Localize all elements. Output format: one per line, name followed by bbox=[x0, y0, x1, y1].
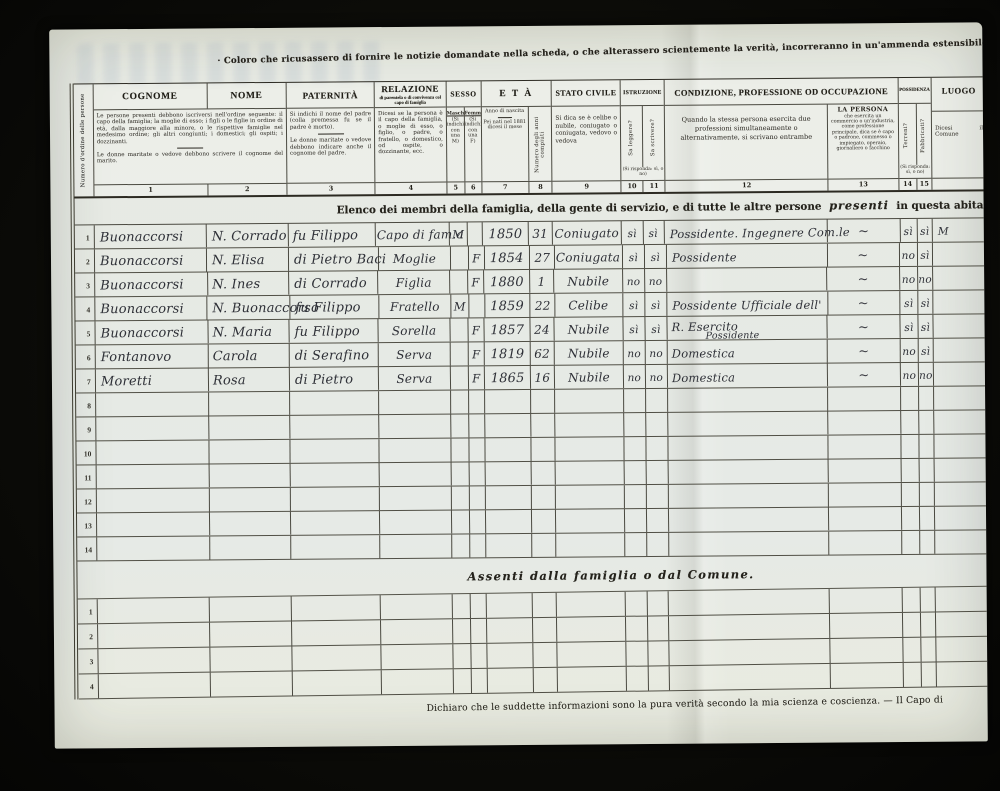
cell-scrive bbox=[646, 389, 668, 412]
cell-anno bbox=[487, 643, 534, 668]
cell-paternita: fu Filippo bbox=[290, 295, 379, 318]
cell-nome: N. Ines bbox=[207, 272, 289, 296]
cell-terreni: no bbox=[901, 339, 919, 362]
cell-scrive bbox=[648, 641, 670, 665]
cell-stato bbox=[557, 617, 626, 642]
cell-legge: no bbox=[623, 269, 645, 292]
cell-terreni bbox=[902, 459, 920, 482]
istruzione-header: ISTRUZIONE bbox=[621, 80, 664, 105]
cell-luogo bbox=[934, 386, 988, 409]
cell-terreni: no bbox=[900, 243, 918, 266]
cell-mark bbox=[828, 387, 901, 410]
cell-paternita: di Corrado bbox=[289, 271, 378, 295]
cell-terreni bbox=[903, 588, 921, 612]
col-group-condizione: CONDIZIONE, PROFESSIONE OD OCCUPAZIONE Q… bbox=[665, 78, 899, 192]
anno-note-2: Pei nati nel 1881 dicesi il mese bbox=[483, 119, 526, 131]
cell-relazione: Serva bbox=[379, 343, 451, 366]
cell-paternita bbox=[290, 391, 379, 414]
cell-cond bbox=[668, 459, 829, 484]
cell-n: 13 bbox=[77, 513, 97, 536]
cell-paternita bbox=[290, 415, 379, 439]
cell-luogo bbox=[936, 612, 988, 637]
cell-cond bbox=[668, 436, 829, 460]
cell-anni bbox=[532, 510, 556, 533]
cell-cond: Domestica bbox=[667, 363, 828, 388]
cell-stato bbox=[555, 389, 624, 412]
cell-anni bbox=[532, 462, 556, 485]
cell-cognome: Buonaccorsi bbox=[95, 249, 207, 273]
cell-mark: ∼ bbox=[828, 315, 901, 339]
cell-anno: 1880 bbox=[484, 270, 531, 294]
condizione-header: CONDIZIONE, PROFESSIONE OD OCCUPAZIONE bbox=[665, 78, 898, 105]
cell-mark: ∼ bbox=[828, 339, 901, 362]
cell-stato: Nubile bbox=[554, 341, 623, 364]
cell-legge bbox=[624, 437, 646, 460]
cell-scrive: sì bbox=[645, 293, 667, 316]
note-divider bbox=[318, 134, 344, 135]
cell-anni: 1 bbox=[530, 270, 554, 293]
cell-f: F bbox=[469, 366, 485, 389]
cell-m bbox=[453, 594, 471, 618]
cell-nome bbox=[209, 464, 291, 488]
cell-n: 4 bbox=[79, 674, 99, 698]
possidenza-header: POSSIDENZA bbox=[898, 78, 931, 103]
col-group-possidenza: POSSIDENZA Terreni? Fabbricati? (Si risp… bbox=[898, 78, 932, 190]
cell-anno bbox=[486, 534, 532, 557]
cell-scrive bbox=[646, 485, 668, 508]
cell-terreni: sì bbox=[901, 291, 919, 314]
cognome-note2-text: Le donne maritate o vedove debbono scriv… bbox=[97, 151, 283, 165]
cell-legge: sì bbox=[624, 293, 646, 316]
cell-anni bbox=[533, 643, 557, 667]
cell-stato bbox=[557, 667, 626, 692]
cell-cognome: Buonaccorsi bbox=[94, 224, 206, 248]
cell-paternita bbox=[291, 511, 380, 535]
sa-leggere-label: Sa leggere? bbox=[629, 120, 635, 156]
cell-f bbox=[472, 669, 488, 693]
cell-luogo: M bbox=[933, 218, 987, 242]
cell-scrive bbox=[648, 616, 670, 640]
cell-f bbox=[470, 534, 486, 557]
cell-scrive: sì bbox=[645, 245, 667, 268]
cell-n: 14 bbox=[77, 537, 97, 560]
cell-scrive bbox=[647, 533, 669, 556]
cell-m: M bbox=[451, 294, 469, 317]
cell-nome bbox=[211, 671, 293, 696]
maschi-subheader: Maschi (Si indichi con una M) bbox=[447, 107, 466, 181]
cell-m bbox=[451, 414, 469, 437]
cell-anni: 31 bbox=[529, 222, 553, 245]
cell-luogo bbox=[933, 314, 988, 338]
cell-terreni: no bbox=[900, 267, 918, 290]
terreni-label: Terreni? bbox=[904, 123, 910, 148]
cell-nome bbox=[210, 621, 292, 646]
cell-luogo bbox=[934, 458, 988, 482]
cell-luogo bbox=[933, 242, 987, 265]
cell-n: 2 bbox=[78, 624, 98, 648]
cell-relazione bbox=[379, 391, 451, 414]
cell-scrive bbox=[648, 666, 670, 690]
cell-luogo bbox=[935, 506, 988, 530]
cell-scrive bbox=[646, 461, 668, 484]
cell-f bbox=[471, 619, 487, 643]
cell-stato bbox=[556, 509, 625, 533]
cell-luogo bbox=[933, 338, 987, 361]
table-header-row: Numero d'ordine delle persone COGNOME NO… bbox=[74, 76, 987, 198]
cell-m bbox=[451, 246, 469, 269]
cell-paternita: di Serafino bbox=[290, 343, 379, 366]
cell-legge bbox=[625, 592, 647, 616]
cell-f: F bbox=[468, 270, 484, 293]
sa-scrivere-subheader: Sa scrivere? bbox=[643, 106, 665, 168]
cell-fabbricati bbox=[920, 587, 935, 611]
cell-relazione bbox=[379, 414, 451, 438]
cell-paternita: di Pietro bbox=[290, 367, 379, 391]
cell-legge: sì bbox=[621, 221, 643, 244]
cell-terreni: sì bbox=[901, 315, 919, 338]
cell-m bbox=[454, 669, 472, 693]
cell-relazione bbox=[380, 535, 452, 558]
cell-anno: 1865 bbox=[485, 366, 532, 390]
cell-f bbox=[471, 644, 487, 668]
cell-relazione bbox=[380, 487, 452, 510]
cell-legge bbox=[624, 389, 646, 412]
cell-scrive bbox=[646, 509, 668, 532]
cell-f bbox=[469, 438, 485, 461]
cell-m bbox=[453, 644, 471, 668]
sesso-header: SESSO bbox=[446, 81, 480, 106]
cell-relazione: Fratello bbox=[379, 295, 451, 318]
cell-legge bbox=[625, 533, 647, 556]
cell-f: F bbox=[469, 342, 485, 365]
cell-m bbox=[451, 342, 469, 365]
cell-anni: 22 bbox=[531, 294, 555, 317]
cell-cognome bbox=[97, 537, 210, 561]
cell-cond bbox=[670, 639, 831, 665]
cell-cond bbox=[669, 614, 830, 640]
cell-stato: Nubile bbox=[554, 317, 623, 341]
cell-luogo bbox=[936, 662, 987, 687]
cell-f bbox=[467, 222, 483, 245]
cell-fabbricati bbox=[922, 662, 937, 686]
cell-n: 1 bbox=[78, 599, 98, 623]
cell-stato bbox=[556, 533, 625, 556]
cell-f bbox=[469, 414, 485, 437]
cell-fabbricati: sì bbox=[918, 291, 933, 314]
cell-fabbricati bbox=[919, 435, 934, 458]
femmine-subheader: Femmine (Si indichi con una F) bbox=[465, 107, 482, 181]
stato-civile-note: Si dica se è celibe o nubile, coniugato … bbox=[552, 106, 620, 181]
paternita-note-text: Si indichi il nome del padre (colla prem… bbox=[290, 111, 371, 130]
cell-stato: Celibe bbox=[555, 293, 624, 316]
fabbricati-label: Fabbricati? bbox=[921, 118, 927, 152]
cognome-nome-note: Le persone presenti debbono iscriversi n… bbox=[93, 109, 286, 185]
cell-mark: ∼ bbox=[828, 363, 901, 387]
cell-paternita bbox=[291, 439, 380, 462]
cell-paternita bbox=[292, 595, 381, 620]
caption-post: in questa abitazione alla mezzanotte del bbox=[896, 198, 986, 212]
cell-scrive bbox=[646, 437, 668, 460]
cell-cond bbox=[666, 267, 827, 292]
cell-fabbricati bbox=[921, 637, 936, 661]
cell-relazione bbox=[380, 510, 452, 534]
cell-nome bbox=[209, 488, 291, 511]
cell-cognome: Buonaccorsi bbox=[95, 320, 208, 344]
note-divider bbox=[177, 148, 203, 149]
cell-relazione bbox=[381, 594, 453, 619]
cell-relazione: Figlia bbox=[378, 270, 450, 294]
cell-n: 3 bbox=[75, 273, 95, 296]
cell-anno: 1850 bbox=[483, 222, 529, 246]
cell-scrive: no bbox=[645, 341, 667, 364]
cell-legge: sì bbox=[623, 245, 645, 268]
eta-header: E T À bbox=[481, 81, 551, 107]
cell-mark: ∼ bbox=[827, 267, 900, 291]
cell-anno bbox=[485, 390, 531, 413]
col-group-istruzione: ISTRUZIONE Sa leggere? Sa scrivere? (Si … bbox=[621, 80, 666, 192]
cell-nome bbox=[209, 416, 291, 440]
cell-m bbox=[451, 366, 469, 389]
cell-anno bbox=[487, 668, 534, 693]
cell-m bbox=[451, 390, 469, 413]
cell-n: 8 bbox=[76, 393, 96, 416]
cell-m bbox=[452, 486, 470, 509]
cell-n: 3 bbox=[78, 649, 98, 673]
census-table: Numero d'ordine delle persone COGNOME NO… bbox=[70, 76, 988, 699]
cell-cond: R. EsercitoPossidente bbox=[667, 315, 828, 340]
cell-mark bbox=[829, 435, 902, 458]
cell-anni: 16 bbox=[531, 366, 555, 389]
cell-n: 7 bbox=[76, 369, 96, 392]
col-group-sesso: SESSO Maschi (Si indichi con una M) Femm… bbox=[446, 81, 482, 193]
cell-f bbox=[470, 486, 486, 509]
cell-m bbox=[452, 534, 470, 557]
cell-cognome bbox=[98, 648, 211, 674]
cell-n: 5 bbox=[75, 321, 95, 344]
cell-anni: 62 bbox=[531, 342, 555, 365]
sa-leggere-subheader: Sa leggere? bbox=[621, 106, 643, 168]
cell-cond: Domestica bbox=[667, 340, 828, 364]
cell-paternita bbox=[291, 463, 380, 487]
cell-cond bbox=[668, 532, 829, 556]
femmine-note: (Si indichi con una F) bbox=[465, 116, 481, 144]
col-number-16 bbox=[932, 178, 986, 189]
cell-luogo bbox=[935, 482, 988, 505]
cell-f bbox=[470, 510, 486, 533]
fabbricati-subheader: Fabbricati? bbox=[917, 104, 932, 166]
sa-scrivere-label: Sa scrivere? bbox=[651, 119, 657, 156]
cell-paternita bbox=[293, 670, 382, 695]
cell-scrive: no bbox=[645, 365, 667, 388]
anno-nascita-subheader: Anno di nascita Pei nati nel 1881 dicesi… bbox=[482, 107, 530, 181]
relazione-header: RELAZIONE di parentela o di convivenza c… bbox=[375, 82, 446, 109]
cell-terreni bbox=[903, 613, 921, 637]
cell-cognome bbox=[96, 441, 209, 465]
cell-n: 1 bbox=[75, 225, 95, 248]
cell-cond: Possidente bbox=[667, 244, 828, 268]
cell-cognome: Buonaccorsi bbox=[95, 297, 207, 321]
scan-background: · Coloro che ricusassero di fornire le n… bbox=[0, 0, 1000, 791]
cell-fabbricati bbox=[919, 387, 934, 410]
cell-anni bbox=[532, 534, 556, 557]
cell-cognome bbox=[96, 393, 209, 417]
cell-legge bbox=[625, 509, 647, 532]
cell-cognome bbox=[96, 464, 209, 488]
cell-cognome: Buonaccorsi bbox=[95, 272, 208, 296]
cell-scrive bbox=[646, 413, 668, 436]
cell-terreni bbox=[901, 411, 919, 434]
cell-terreni bbox=[902, 531, 920, 554]
cell-nome: N. Buonaccorso bbox=[207, 296, 290, 319]
cell-terreni: no bbox=[901, 363, 919, 386]
col-paternita: PATERNITÀ Si indichi il nome del padre (… bbox=[286, 82, 375, 195]
cell-cognome bbox=[97, 489, 210, 513]
cell-nome bbox=[209, 440, 291, 463]
cell-nome bbox=[208, 392, 290, 415]
relazione-note: Dicesi se la persona è il capo della fam… bbox=[375, 108, 446, 183]
cell-paternita bbox=[291, 487, 380, 510]
luogo-note: Dicesi il Comune bbox=[932, 111, 986, 177]
cell-relazione bbox=[380, 462, 452, 486]
cognome-note-text: Le persone presenti debbono iscriversi n… bbox=[96, 112, 282, 145]
cell-relazione bbox=[380, 439, 452, 462]
cell-anno bbox=[486, 593, 533, 618]
col-number-12: 12 bbox=[666, 180, 829, 192]
luogo-header: LUOGO bbox=[932, 77, 986, 111]
istruzione-foot-note: (Si risponda: sì, o no) bbox=[621, 167, 664, 180]
cell-legge bbox=[624, 413, 646, 436]
cell-m: M bbox=[449, 222, 467, 245]
cell-anno bbox=[485, 462, 532, 486]
col-number-8: 8 bbox=[529, 182, 552, 193]
cell-luogo bbox=[934, 410, 988, 434]
cell-anno bbox=[487, 618, 534, 643]
cell-stato: Nubile bbox=[554, 269, 623, 293]
cell-stato bbox=[557, 642, 626, 667]
col-number-14: 14 bbox=[899, 179, 917, 190]
cell-relazione: Serva bbox=[379, 366, 451, 390]
cell-paternita: fu Filippo bbox=[290, 319, 379, 343]
cell-anni: 24 bbox=[531, 318, 555, 341]
cell-mark bbox=[831, 663, 904, 688]
anno-note-1: Anno di nascita bbox=[485, 108, 524, 114]
cell-nome: N. Elisa bbox=[207, 248, 289, 271]
possidenza-foot-note: (Si risponda: sì, o no) bbox=[899, 165, 931, 178]
cell-stato: Nubile bbox=[555, 365, 624, 389]
cell-f: F bbox=[468, 318, 484, 341]
cell-mark bbox=[828, 411, 901, 435]
numero-ordine-label: Numero d'ordine delle persone bbox=[80, 93, 87, 187]
col-number-10: 10 bbox=[621, 181, 643, 192]
col-relazione: RELAZIONE di parentela o di convivenza c… bbox=[375, 82, 447, 195]
cell-stato bbox=[555, 437, 624, 460]
declaration-line: Dichiaro che le suddette informazioni so… bbox=[426, 694, 943, 714]
cell-cognome: Fontanovo bbox=[95, 345, 208, 369]
cell-luogo bbox=[933, 290, 987, 313]
cell-cond bbox=[668, 507, 829, 532]
cell-cognome bbox=[97, 512, 210, 536]
col-number-5: 5 bbox=[447, 182, 465, 193]
cell-fabbricati: sì bbox=[918, 315, 933, 338]
cell-legge bbox=[625, 485, 647, 508]
col-number-1: 1 bbox=[94, 184, 208, 196]
col-number-15: 15 bbox=[917, 179, 931, 190]
caption-pre: Elenco dei membri della famiglia, della … bbox=[337, 201, 822, 217]
cell-legge: no bbox=[624, 365, 646, 388]
cell-paternita: fu Filippo bbox=[288, 223, 377, 247]
cell-nome bbox=[210, 536, 292, 559]
cell-luogo bbox=[935, 530, 988, 553]
cell-m bbox=[452, 462, 470, 485]
cell-nome: N. Corrado bbox=[206, 224, 288, 248]
cell-f bbox=[469, 390, 485, 413]
cell-m bbox=[452, 510, 470, 533]
cell-stato bbox=[556, 485, 625, 508]
cell-terreni bbox=[903, 638, 921, 662]
cell-fabbricati bbox=[919, 411, 934, 434]
cell-mark bbox=[829, 459, 902, 483]
cell-f bbox=[469, 294, 485, 317]
cell-luogo bbox=[933, 266, 988, 290]
cell-luogo bbox=[934, 362, 988, 386]
cell-legge bbox=[626, 642, 648, 666]
cell-luogo bbox=[934, 434, 988, 457]
cell-m bbox=[452, 438, 470, 461]
cell-m bbox=[453, 619, 471, 643]
cell-stato bbox=[555, 413, 624, 437]
cell-anno bbox=[486, 510, 533, 534]
cell-cognome bbox=[99, 673, 212, 699]
cell-anno: 1857 bbox=[484, 318, 531, 342]
relazione-subheader: di parentela o di convivenza col capo di… bbox=[375, 95, 446, 106]
cell-fabbricati bbox=[920, 531, 935, 554]
cell-mark: ∼ bbox=[828, 291, 901, 314]
cell-f bbox=[469, 462, 485, 485]
cell-anni bbox=[533, 618, 557, 642]
cell-anni bbox=[531, 414, 555, 437]
la-persona-note: che esercita un commercio o un'industria… bbox=[828, 113, 898, 153]
cell-n: 10 bbox=[76, 441, 96, 464]
cell-n: 2 bbox=[75, 249, 95, 272]
cell-f: F bbox=[469, 246, 485, 269]
present-members-rows: 1BuonaccorsiN. Corradofu FilippoCapo di … bbox=[75, 218, 988, 561]
caption-presenti: presenti bbox=[829, 198, 889, 212]
cell-luogo bbox=[935, 587, 988, 612]
cell-cognome bbox=[98, 623, 211, 649]
col-numero-ordine: Numero d'ordine delle persone bbox=[74, 84, 95, 196]
col-number-11: 11 bbox=[643, 181, 664, 192]
stato-civile-header: STATO CIVILE bbox=[552, 80, 620, 107]
cell-anno bbox=[486, 486, 532, 509]
cell-mark bbox=[830, 588, 903, 613]
cell-paternita bbox=[291, 535, 380, 558]
cell-anno: 1819 bbox=[484, 342, 530, 365]
cell-cognome bbox=[97, 598, 210, 624]
cell-stato bbox=[556, 592, 625, 617]
cell-mark bbox=[830, 638, 903, 663]
cell-stato bbox=[555, 461, 624, 485]
terreni-subheader: Terreni? bbox=[899, 104, 917, 166]
cell-mark bbox=[829, 531, 902, 554]
cell-anni bbox=[532, 486, 556, 509]
cell-relazione bbox=[381, 644, 453, 669]
cell-nome: Rosa bbox=[208, 368, 290, 392]
cell-paternita bbox=[292, 620, 381, 645]
cell-fabbricati: no bbox=[918, 267, 933, 290]
cell-fabbricati: sì bbox=[918, 219, 933, 242]
cell-m bbox=[451, 318, 469, 341]
cell-relazione: Sorella bbox=[379, 318, 451, 342]
